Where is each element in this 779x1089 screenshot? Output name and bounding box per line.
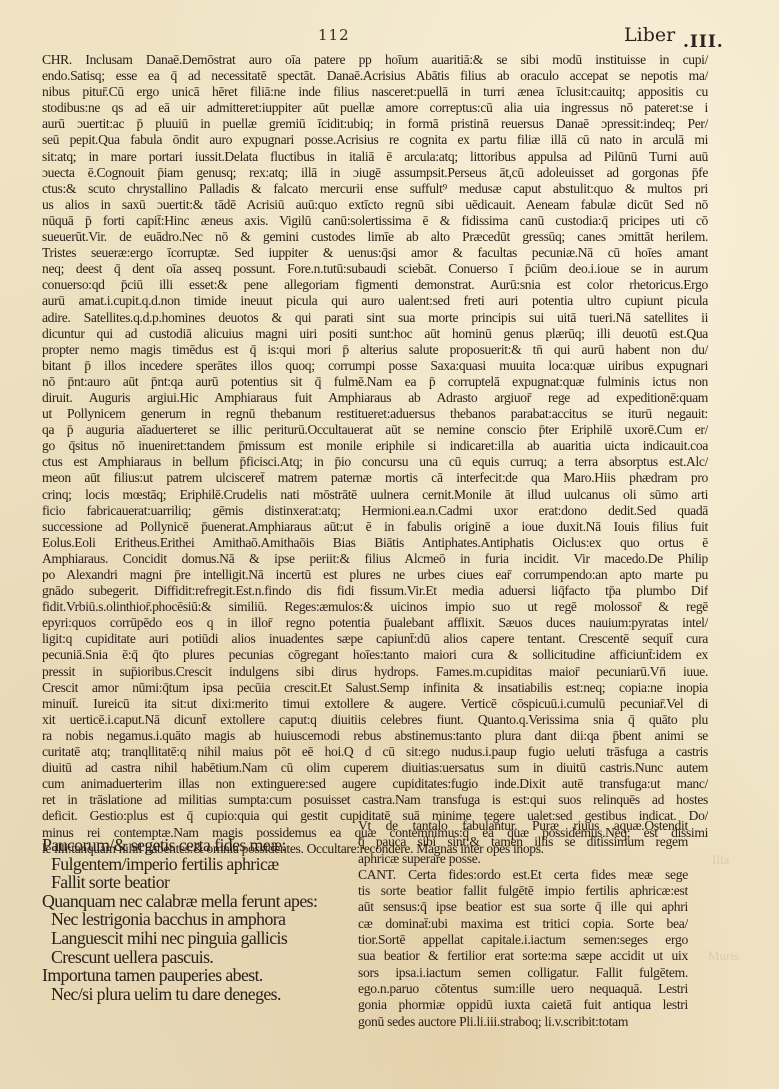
commentary-line: xit uerticē.i.caput.Nā dicunt̄ extollere…	[42, 712, 708, 728]
commentary-line: diruit. Auguris argiui.Hic Amphiaraus fu…	[42, 390, 708, 406]
commentary-line: go q̄situs nō inueniret:tandem p̄missum …	[42, 438, 708, 454]
commentary-line: CHR. Inclusam Danaē.Demōstrat auro oīa p…	[42, 52, 708, 68]
commentary-line: successione ad Pollynicē p̄uenerat.Amphi…	[42, 519, 708, 535]
commentary-line: nūquā p̄ forti capit̄:Hinc æneus axis. V…	[42, 213, 708, 229]
commentary-line: seū pepit.Qua fabula ōndit auro expugnar…	[42, 132, 708, 148]
verse-line: Fallit sorte beatior	[42, 873, 362, 892]
commentary-line: ra nobis negamus.i.quāto magis ab huiusc…	[42, 728, 708, 744]
book-page: 112 Liber .III. CHR. Inclusam Danaē.Demō…	[0, 0, 779, 1089]
commentary-line: ɔuecta ē.Cognouit p̄iam genusq; rex:atq;…	[42, 165, 708, 181]
commentary-line: dicuntur qui ad custodiā alicuius magni …	[42, 326, 708, 342]
commentary-line: adire. Satellites.q.d.p.homines deuotos …	[42, 310, 708, 326]
commentary-line: Amphiaraus. Concidit domus.Nā & ipse per…	[42, 551, 708, 567]
commentary-line: ctus est Amphiaraus in bellum p̄ficisci.…	[42, 454, 708, 470]
commentary-line: po Alexandri magni p̄re intelligit.Nā in…	[42, 567, 708, 583]
right-commentary-line: cæ dominat̄:ubi maxima est tritici copia…	[358, 916, 688, 932]
commentary-line: crinq; locis mœstāq; Eriphilē.Crudelis n…	[42, 487, 708, 503]
bleed-through-text: Illa	[712, 852, 729, 868]
commentary-line: ut Pollynicem generum in regnū thebanum …	[42, 406, 708, 422]
right-commentary-line: gonia phormiæ oppidū iuxta caietā fuit a…	[358, 997, 688, 1013]
right-commentary-line: gonū sedes auctore Pli.li.iii.straboq; l…	[358, 1014, 688, 1030]
commentary-line: ligit:q cupiditate auri potiūdi alios in…	[42, 631, 708, 647]
verse-line: Fulgentem/imperio fertilis aphricæ	[42, 855, 362, 874]
commentary-line: gnādo subegerit. Diffidit:refregit.Est.n…	[42, 583, 708, 599]
commentary-line: pecuniā.Snia ē:q̄ q̄to plures pecunias c…	[42, 647, 708, 663]
right-commentary-line: CANT. Certa fides:ordo est.Et certa fide…	[358, 867, 688, 883]
verse-line: Crescunt uellera pascuis.	[42, 948, 362, 967]
right-commentary-line: tis sorte beatior fallit fulgētē impio f…	[358, 883, 688, 899]
commentary-line: epyri:quos corrūpēdo eos q in illor̄ reg…	[42, 615, 708, 631]
right-commentary-line: sua beatior & fertilior erat sorte:ma sæ…	[358, 948, 688, 964]
commentary-line: nibus pitur̄.Cū ergo unicā hēret filiā:n…	[42, 84, 708, 100]
right-commentary-line: tior.Sortē appellat capitale.i.iactum se…	[358, 932, 688, 948]
commentary-line: qa p̄ auguria aīaduerteret se illic peri…	[42, 422, 708, 438]
commentary-block: CHR. Inclusam Danaē.Demōstrat auro oīa p…	[42, 52, 708, 857]
commentary-line: ret in trāslatione ad militias sumpta:cu…	[42, 792, 708, 808]
commentary-line: meon aūt filius:ut patrem ulcisceret̄ ma…	[42, 470, 708, 486]
commentary-line: minuit̄. Iureicū ita sit:ut dixi:merito …	[42, 696, 708, 712]
commentary-line: bitant p̄ illos incedere sperātes illos …	[42, 358, 708, 374]
commentary-line: ctus:& scuto chrystallino Palladis & fal…	[42, 181, 708, 197]
right-commentary-line: aphricæ superare posse.	[358, 851, 688, 867]
running-head: Liber	[624, 24, 675, 46]
commentary-line: aurū ɔuertit:ac p̄ pluuiū in puellæ grem…	[42, 116, 708, 132]
commentary-line: aurū amat.i.cupit.q.d.non timide ineuut …	[42, 293, 708, 309]
verse-block: Paucorum/& segetis certa fides meæ:Fulge…	[42, 836, 362, 1003]
verse-line: Languescit mihi nec pinguia gallicis	[42, 929, 362, 948]
book-number: .III.	[683, 32, 724, 52]
verse-line: Nec lestrigonia bacchus in amphora	[42, 910, 362, 929]
commentary-line: sit:atq; in mare portari iussit.Delata f…	[42, 149, 708, 165]
verse-line: Importuna tamen pauperies abest.	[42, 966, 362, 985]
verse-line: Quanquam nec calabræ mella ferunt apes:	[42, 892, 362, 911]
right-commentary-line: ego.n.paruo cōtentus sum:ille uero nequa…	[358, 981, 688, 997]
commentary-line: neq; deest q̄ dent oīa asseq possunt. Fo…	[42, 261, 708, 277]
commentary-line: fidit.Vrbiū.s.olinthior̄.phocēsiū:& simi…	[42, 599, 708, 615]
commentary-line: propter nemo magis timēdus est q̄ is:qui…	[42, 342, 708, 358]
commentary-line: endo.Satisq; esse ea q̄ ad necessitatē s…	[42, 68, 708, 84]
right-commentary-block: Vt de tantalo fabulantur. Puræ riuus aqu…	[358, 818, 688, 1030]
right-commentary-line: Vt de tantalo fabulantur. Puræ riuus aqu…	[358, 818, 688, 834]
commentary-line: ficio fabricauerat:uarriliq; gēmis disti…	[42, 503, 708, 519]
commentary-line: sueuerūt.Vir. de euādro.Nec nō & gemini …	[42, 229, 708, 245]
commentary-line: pressit in sup̄ioribus.Crescit indulgens…	[42, 664, 708, 680]
right-commentary-line: q̄ pauca sibi sint:& tamen illis se diti…	[358, 834, 688, 850]
commentary-line: us alios in saxū ɔuertit:& tādē Acrisiū …	[42, 197, 708, 213]
right-commentary-line: aūt sensus:q̄ ipse beatior est sua sorte…	[358, 899, 688, 915]
commentary-line: curitatē atq; tranqllitatē:q nihil maius…	[42, 744, 708, 760]
commentary-line: nō p̄nt:auro aūt p̄nt:qa aurū potentius …	[42, 374, 708, 390]
bleed-through-text: Muris	[708, 948, 739, 964]
commentary-line: stodibus:ne qs ad eā uir admitteret:iupp…	[42, 100, 708, 116]
commentary-line: Tristes seueræ:ergo īcorruptæ. Sed iuppi…	[42, 245, 708, 261]
commentary-line: cum animaduerterim illas non extinguere:…	[42, 776, 708, 792]
verse-line: Paucorum/& segetis certa fides meæ:	[42, 836, 362, 855]
right-commentary-line: sors ipsa.i.iactum semen colligatur. Fal…	[358, 965, 688, 981]
commentary-line: Eolus.Eoli Eritheus.Erithei Amithaō.Amit…	[42, 535, 708, 551]
verse-line: Nec/si plura uelim tu dare deneges.	[42, 985, 362, 1004]
folio-number: 112	[318, 26, 350, 44]
commentary-line: diuitū ad castra nihil habētium.Nam cū o…	[42, 760, 708, 776]
commentary-line: conuerso:qd p̄ciū illi esset:& pene alle…	[42, 277, 708, 293]
commentary-line: Crescit amor nūmi:q̄tum ipsa pecūia cres…	[42, 680, 708, 696]
